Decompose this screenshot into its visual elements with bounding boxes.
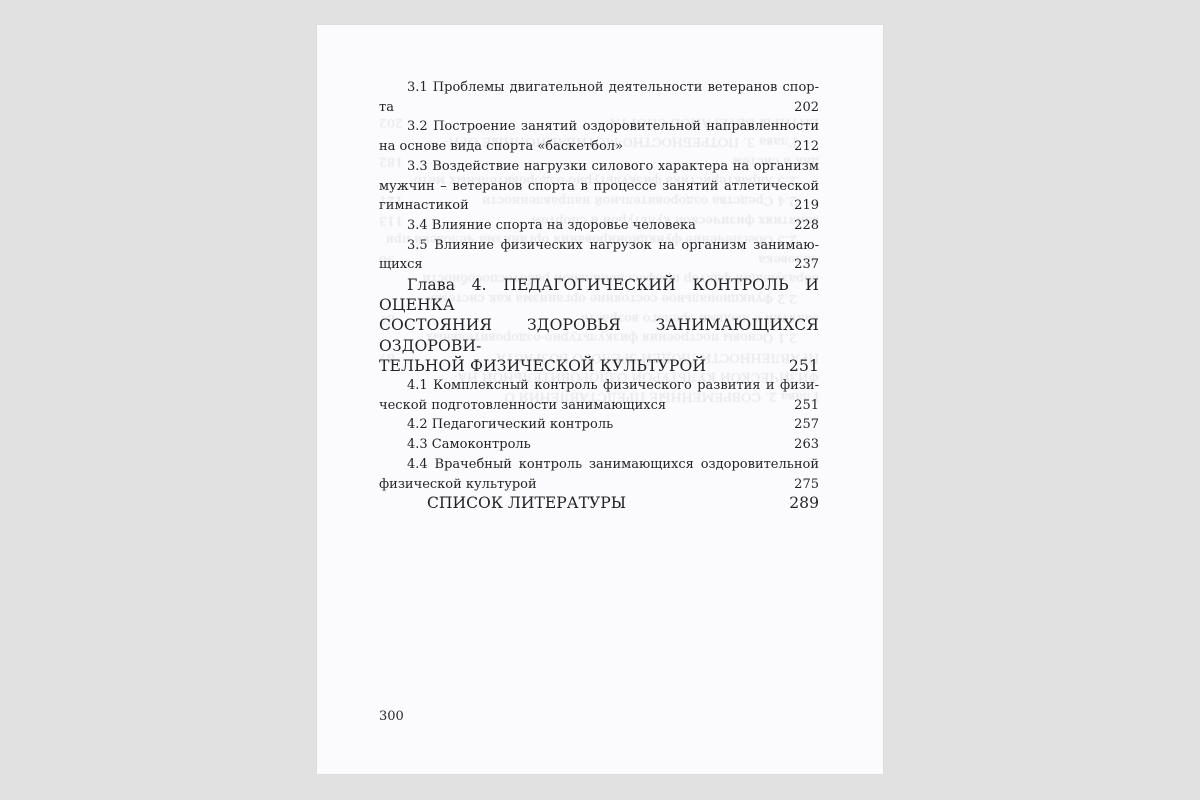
toc-entry-line: 3.5 Влияние физических нагрузок на орган…	[379, 236, 819, 256]
toc-entry-page: 289	[789, 494, 819, 514]
book-page: Глава 2. СОВРЕМЕННЫЕ ПРЕДСТАВЛЕНИЯ О ФИЗ…	[317, 25, 883, 774]
toc-entry-line: ТЕЛЬНОЙ ФИЗИЧЕСКОЙ КУЛЬТУРОЙ	[379, 356, 706, 376]
toc-entry-page: 263	[794, 435, 819, 455]
toc-entry: 4.3 Самоконтроль263	[379, 435, 819, 455]
toc-entry-title: 3.4 Влияние спорта на здоровье человека	[407, 216, 696, 236]
toc-entry-title: СПИСОК ЛИТЕРАТУРЫ	[427, 494, 626, 514]
toc-entry: 3.3 Воздействие нагрузки силового характ…	[379, 157, 819, 216]
toc-entry-line: 3.3 Воздействие нагрузки силового характ…	[379, 157, 819, 177]
toc-entry: 3.5 Влияние физических нагрузок на орган…	[379, 236, 819, 275]
toc-entry: 4.1 Комплексный контроль физического раз…	[379, 376, 819, 415]
toc-entry-page: 219	[794, 196, 819, 216]
toc-entry-line: щихся	[379, 255, 423, 275]
toc-entry: СПИСОК ЛИТЕРАТУРЫ289	[379, 494, 819, 514]
toc-entry-page: 237	[794, 255, 819, 275]
toc-entry-page: 251	[789, 356, 819, 376]
toc-entry-line: мужчин – ветеранов спорта в процессе зан…	[379, 177, 819, 197]
toc-entry-line: 4.1 Комплексный контроль физического раз…	[379, 376, 819, 396]
toc-entry-page: 251	[794, 396, 819, 416]
toc-entry: 4.4 Врачебный контроль занимающихся оздо…	[379, 455, 819, 494]
toc-entry-title: 4.2 Педагогический контроль	[407, 415, 613, 435]
toc-entry-line: гимнастикой	[379, 196, 469, 216]
toc-entry: 3.2 Построение занятий оздоровительной н…	[379, 117, 819, 156]
toc-entry-line: 4.4 Врачебный контроль занимающихся оздо…	[379, 455, 819, 475]
toc-entry-title: 4.3 Самоконтроль	[407, 435, 531, 455]
toc-entry: 3.1 Проблемы двигательной деятельности в…	[379, 78, 819, 117]
toc-entry-line: 3.2 Построение занятий оздоровительной н…	[379, 117, 819, 137]
toc-entry-line: ческой подготовленности занимающихся	[379, 396, 666, 416]
toc-entry-line: 3.1 Проблемы двигательной деятельности в…	[379, 78, 819, 98]
toc-entry-line: та	[379, 98, 394, 118]
toc-entry-line: Глава 4. ПЕДАГОГИЧЕСКИЙ КОНТРОЛЬ И ОЦЕНК…	[379, 275, 819, 315]
page-number: 300	[379, 709, 404, 724]
toc-entry-line: СОСТОЯНИЯ ЗДОРОВЬЯ ЗАНИМАЮЩИХСЯ ОЗДОРОВИ…	[379, 315, 819, 355]
toc-entry-page: 257	[794, 415, 819, 435]
toc-entry-page: 212	[794, 137, 819, 157]
table-of-contents: 3.1 Проблемы двигательной деятельности в…	[379, 78, 819, 514]
toc-entry-line: на основе вида спорта «баскетбол»	[379, 137, 623, 157]
toc-entry-page: 202	[794, 98, 819, 118]
toc-entry-line: физической культурой	[379, 475, 537, 495]
toc-entry-page: 228	[794, 216, 819, 236]
toc-entry: 4.2 Педагогический контроль257	[379, 415, 819, 435]
toc-entry: Глава 4. ПЕДАГОГИЧЕСКИЙ КОНТРОЛЬ И ОЦЕНК…	[379, 275, 819, 376]
toc-entry-page: 275	[794, 475, 819, 495]
toc-entry: 3.4 Влияние спорта на здоровье человека2…	[379, 216, 819, 236]
